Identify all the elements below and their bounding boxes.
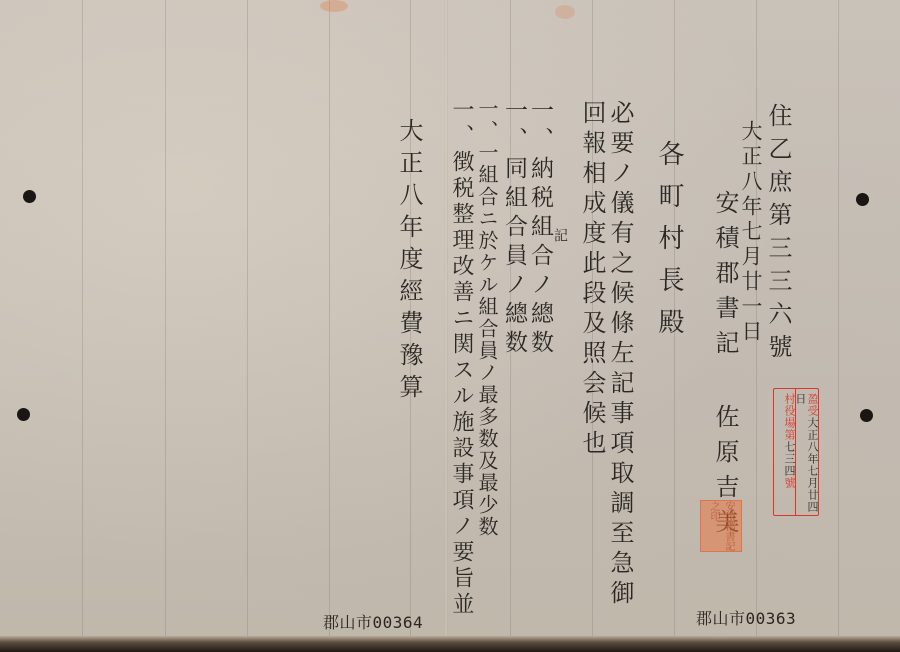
- document-date: 大正八年七月廿一日: [740, 120, 761, 345]
- punch-hole-right-top: [856, 193, 869, 206]
- official-seal: 安積郡書記之印: [700, 500, 742, 552]
- document-sheet: 住乙庶第三三六號 大正八年七月廿一日 安積郡書記 佐原吉美 各町村長殿 必要ノ儀…: [0, 0, 900, 640]
- item-3: 一、一組合ニ於ケル組合員ノ最多数及最少数: [477, 98, 497, 538]
- receipt-stamp: 盈受大正八年七月廿四日 村役場第七三四號: [773, 388, 819, 516]
- item-1: 一、納税組合ノ總数: [528, 98, 551, 359]
- reference-number: 住乙庶第三三六號: [766, 103, 790, 367]
- receipt-stamp-top-char: 盈: [806, 393, 819, 405]
- item-4: 一、徴税整理改善ニ関スル施設事項ノ要旨並: [450, 98, 472, 618]
- archive-number-right: 郡山市00363: [696, 606, 796, 629]
- receipt-stamp-date-column: 盈受大正八年七月廿四日: [796, 389, 818, 515]
- ruled-line: [165, 0, 166, 640]
- archive-number-left: 郡山市00364: [323, 610, 423, 633]
- ruled-line: [838, 0, 839, 640]
- sender: 安積郡書記 佐原吉美: [713, 190, 737, 544]
- addressee: 各町村長殿: [656, 140, 682, 350]
- receipt-stamp-number-column: 村役場第七三四號: [775, 389, 795, 515]
- sheet-bottom-edge: [0, 636, 900, 652]
- ruled-line: [329, 0, 330, 640]
- body-line-2: 回報相成度此段及照会候也: [580, 100, 604, 460]
- receipt-stamp-label: 受: [806, 405, 819, 417]
- punch-hole-right-bottom: [860, 409, 873, 422]
- stain: [555, 5, 575, 19]
- stain: [320, 0, 348, 12]
- ruled-line: [82, 0, 83, 640]
- item-2: 一、同組合員ノ總数: [502, 98, 525, 359]
- punch-hole-left-top: [23, 190, 36, 203]
- center-fold: [444, 0, 448, 640]
- kigo-label: 記: [550, 228, 570, 242]
- punch-hole-left-bottom: [17, 408, 30, 421]
- budget-line: 大正八年度經費豫算: [397, 118, 421, 406]
- ruled-line: [247, 0, 248, 640]
- body-line-1: 必要ノ儀有之候條左記事項取調至急御: [608, 100, 632, 610]
